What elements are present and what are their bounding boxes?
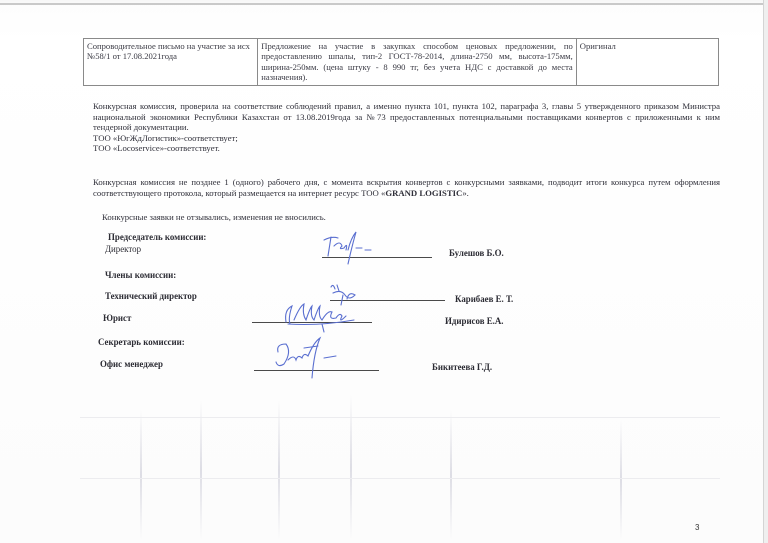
scan-streak — [620, 420, 622, 540]
bleed-through-line — [80, 478, 720, 479]
supplier-result-2: ТОО «Locoservice»-соответствует. — [93, 143, 720, 154]
member1-name: Карибаев Е. Т. — [455, 294, 513, 304]
results-paragraph: Конкурсная комиссия не позднее 1 (одного… — [93, 177, 720, 198]
chair-role: Директор — [105, 244, 141, 254]
scan-streak — [450, 410, 452, 540]
documents-table: Сопроводительное письмо на участие за ис… — [83, 38, 719, 86]
verification-text: Конкурсная комиссия, проверила на соотве… — [93, 101, 720, 133]
results-text-end: ». — [462, 188, 469, 198]
verification-paragraph: Конкурсная комиссия, проверила на соотве… — [93, 101, 720, 154]
scan-streak — [278, 400, 280, 540]
member2-role: Юрист — [103, 313, 131, 323]
document-form-cell: Оригинал — [576, 39, 718, 86]
document-page: Сопроводительное письмо на участие за ис… — [0, 0, 768, 543]
document-name-cell: Сопроводительное письмо на участие за ис… — [84, 39, 258, 86]
withdrawal-paragraph: Конкурсные заявки не отзывались, изменен… — [102, 212, 502, 223]
secretary-role: Офис менеджер — [100, 359, 163, 369]
member2-signature — [280, 300, 360, 336]
table-row: Сопроводительное письмо на участие за ис… — [84, 39, 719, 86]
bleed-through-line — [80, 417, 720, 418]
chair-heading: Председатель комиссии: — [108, 232, 206, 242]
page-right-shade — [764, 0, 768, 543]
scan-streak — [140, 410, 142, 540]
scan-streak — [200, 400, 202, 540]
chair-name: Булешов Б.О. — [449, 248, 504, 258]
secretary-heading: Секретарь комиссии: — [98, 337, 185, 347]
document-description-cell: Предложение на участие в закупках способ… — [258, 39, 577, 86]
company-name: GRAND LOGISTIC — [385, 188, 462, 198]
chair-signature — [318, 228, 378, 268]
secretary-name: Бикитеева Г.Д. — [432, 362, 492, 372]
supplier-result-1: ТОО «ЮгЖдЛогистик»-соответствует; — [93, 133, 720, 144]
secretary-signature — [270, 334, 350, 380]
page-top-edge — [0, 3, 768, 5]
page-number: 3 — [695, 523, 699, 532]
members-heading: Члены комиссии: — [105, 270, 176, 280]
member2-name: Идирисов Е.А. — [445, 316, 504, 326]
member1-role: Технический директор — [105, 291, 197, 301]
